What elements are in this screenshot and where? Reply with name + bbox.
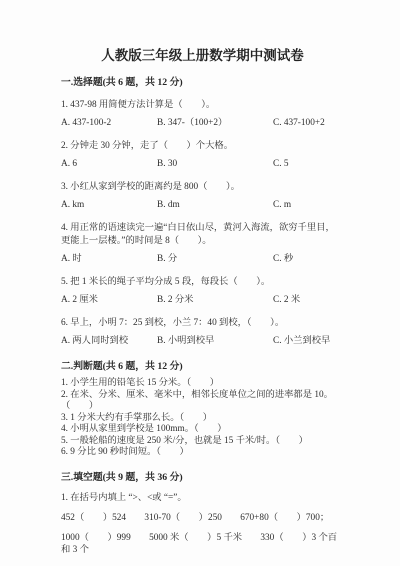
choice-options-2: A. 6 B. 30 C. 5 [61, 158, 344, 171]
judge-item-6: 6. 9 分比 90 秒时间短。（ ） [61, 447, 344, 459]
option-c: C. 2 米 [273, 294, 344, 307]
option-a: A. 两人同时到校 [61, 335, 157, 348]
option-c: C. 5 [273, 158, 344, 171]
option-c: C. 小兰到校早 [273, 335, 344, 348]
judge-item-5: 5. 一般轮船的速度是 250 米/分，也就是 15 千米/时。（ ） [61, 436, 344, 448]
judge-item-3: 3. 1 分米大约有手掌那么长。（ ） [61, 413, 344, 425]
test-paper-page: 人教版三年级上册数学期中测试卷 一.选择题(共 6 题，共 12 分) 1. 4… [0, 0, 400, 566]
option-b: B. 2 分米 [157, 294, 273, 307]
judge-item-4: 4. 小明从家里到学校是 100mm。（ ） [61, 424, 344, 436]
choice-question-6: 6. 早上，小明 7：25 到校，小兰 7：40 到校，（ ）。 [61, 317, 344, 330]
option-b: B. dm [157, 199, 273, 212]
option-a: A. 6 [61, 158, 157, 171]
fill-cell: 670+80（ ）700； [240, 513, 329, 523]
fill-cell: 452（ ）524 [61, 513, 126, 523]
fill-row-1: 452（ ）524 310-70（ ）250 670+80（ ）700； [61, 512, 344, 524]
choice-options-5: A. 2 厘米 B. 2 分米 C. 2 米 [61, 294, 344, 307]
choice-question-1: 1. 437-98 用简便方法计算是（ ）。 [61, 99, 344, 112]
judge-item-1: 1. 小学生用的铅笔长 15 分米。（ ） [61, 378, 344, 390]
option-c: C. 秒 [273, 253, 344, 266]
choice-question-5: 5. 把 1 米长的绳子平均分成 5 段，每段长（ ）。 [61, 276, 344, 289]
fill-row-2: 1000（ ）999 5000 米（ ）5 千米 330（ ）3 个百和 3 个 [61, 532, 344, 556]
option-b: B. 30 [157, 158, 273, 171]
choice-options-1: A. 437-100-2 B. 347-（100+2） C. 437-100+2 [61, 117, 344, 130]
choice-question-3: 3. 小红从家到学校的距离约是 800（ ）。 [61, 181, 344, 194]
fill-cell: 5000 米（ ）5 千米 [149, 533, 242, 543]
section-heading-choice: 一.选择题(共 6 题，共 12 分) [61, 76, 344, 89]
choice-options-4: A. 时 B. 分 C. 秒 [61, 253, 344, 266]
option-b: B. 小明到校早 [157, 335, 273, 348]
fill-cell: 1000（ ）999 [61, 533, 131, 543]
choice-question-4: 4. 用正常的语速读完一遍“白日依山尽，黄河入海流，欲穷千里目，更能上一层楼。”… [61, 222, 344, 248]
option-a: A. 437-100-2 [61, 117, 157, 130]
section-heading-fill: 三.填空题(共 9 题，共 36 分) [61, 471, 344, 484]
option-c: C. 437-100+2 [273, 117, 344, 130]
option-a: A. 时 [61, 253, 157, 266]
option-b: B. 分 [157, 253, 273, 266]
section-heading-judge: 二.判断题(共 6 题，共 12 分) [61, 360, 344, 373]
option-a: A. 2 厘米 [61, 294, 157, 307]
choice-options-3: A. km B. dm C. m [61, 199, 344, 212]
fill-question-1: 1. 在括号内填上 “>、<或 “=”。 [61, 492, 344, 504]
choice-question-2: 2. 分钟走 30 分钟，走了（ ）个大格。 [61, 140, 344, 153]
option-c: C. m [273, 199, 344, 212]
option-a: A. km [61, 199, 157, 212]
judge-list: 1. 小学生用的铅笔长 15 分米。（ ） 2. 在米、分米、厘米、毫米中，相邻… [61, 378, 344, 459]
fill-cell: 310-70（ ）250 [144, 513, 221, 523]
judge-item-2: 2. 在米、分米、厘米、毫米中，相邻长度单位之间的进率都是 10。（ ） [61, 390, 344, 413]
choice-options-6: A. 两人同时到校 B. 小明到校早 C. 小兰到校早 [61, 335, 344, 348]
page-title: 人教版三年级上册数学期中测试卷 [61, 44, 344, 64]
option-b: B. 347-（100+2） [157, 117, 273, 130]
